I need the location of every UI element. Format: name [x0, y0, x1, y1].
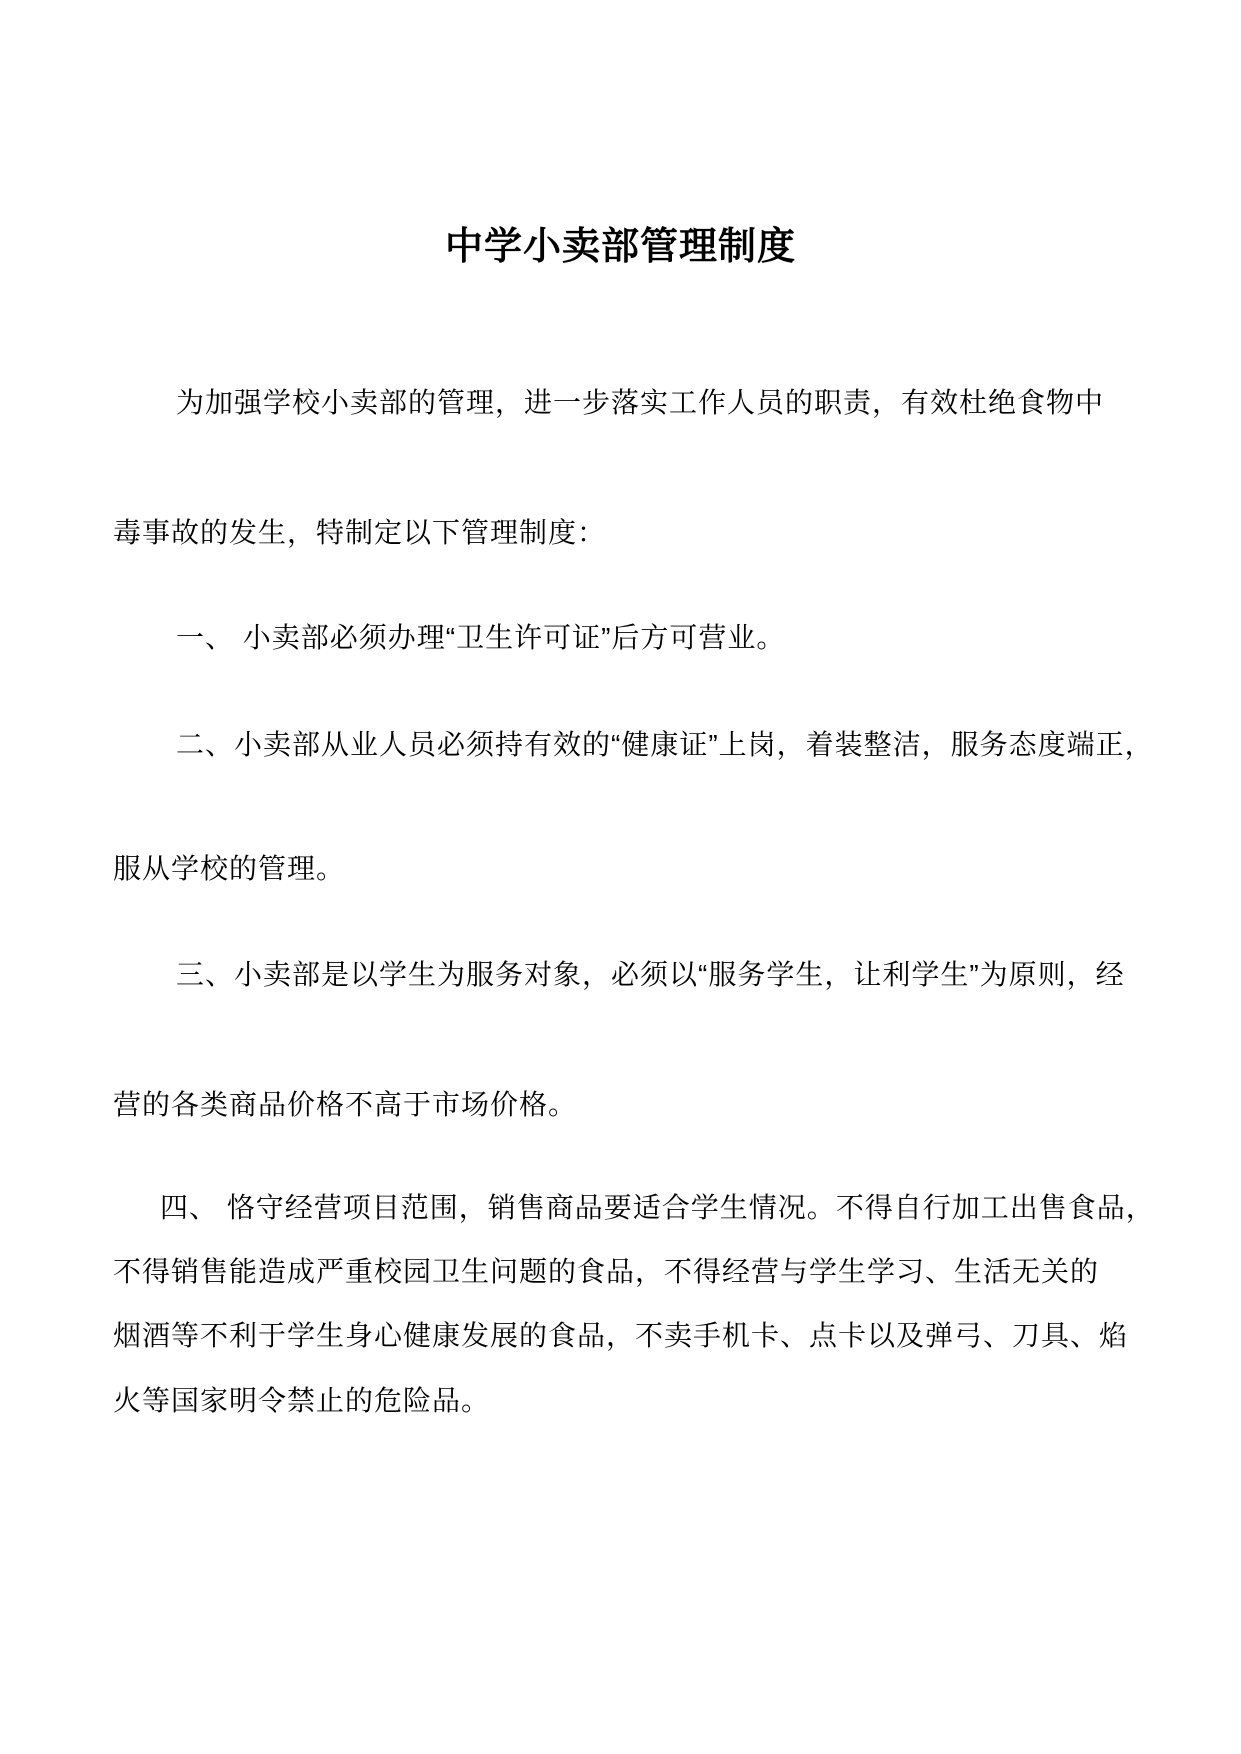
rule-2-line-2: 服从学校的管理。	[113, 849, 345, 889]
rule-2-line-1: 二、小卖部从业人员必须持有效的“健康证”上岗，着装整洁，服务态度端正，	[176, 725, 1154, 765]
document-page: 中学小卖部管理制度 为加强学校小卖部的管理，进一步落实工作人员的职责，有效杜绝食…	[0, 0, 1241, 1754]
rule-4-line-2: 不得销售能造成严重校园卫生问题的食品，不得经营与学生学习、生活无关的	[113, 1252, 1099, 1292]
rule-4-line-3: 烟酒等不利于学生身心健康发展的食品，不卖手机卡、点卡以及弹弓、刀具、焰	[113, 1316, 1128, 1356]
rule-3-line-1: 三、小卖部是以学生为服务对象，必须以“服务学生，让利学生”为原则，经	[176, 955, 1125, 995]
rule-1-line-1: 一、 小卖部必须办理“卫生许可证”后方可营业。	[176, 618, 785, 658]
intro-paragraph-line-2: 毒事故的发生，特制定以下管理制度：	[113, 513, 606, 553]
rule-4-line-4: 火等国家明令禁止的危险品。	[113, 1381, 490, 1421]
document-title: 中学小卖部管理制度	[0, 221, 1241, 273]
rule-4-line-1: 四、 恪守经营项目范围，销售商品要适合学生情况。不得自行加工出售食品，	[160, 1188, 1155, 1228]
intro-paragraph-line-1: 为加强学校小卖部的管理，进一步落实工作人员的职责，有效杜绝食物中	[176, 383, 1104, 423]
rule-3-line-2: 营的各类商品价格不高于市场价格。	[113, 1085, 577, 1125]
